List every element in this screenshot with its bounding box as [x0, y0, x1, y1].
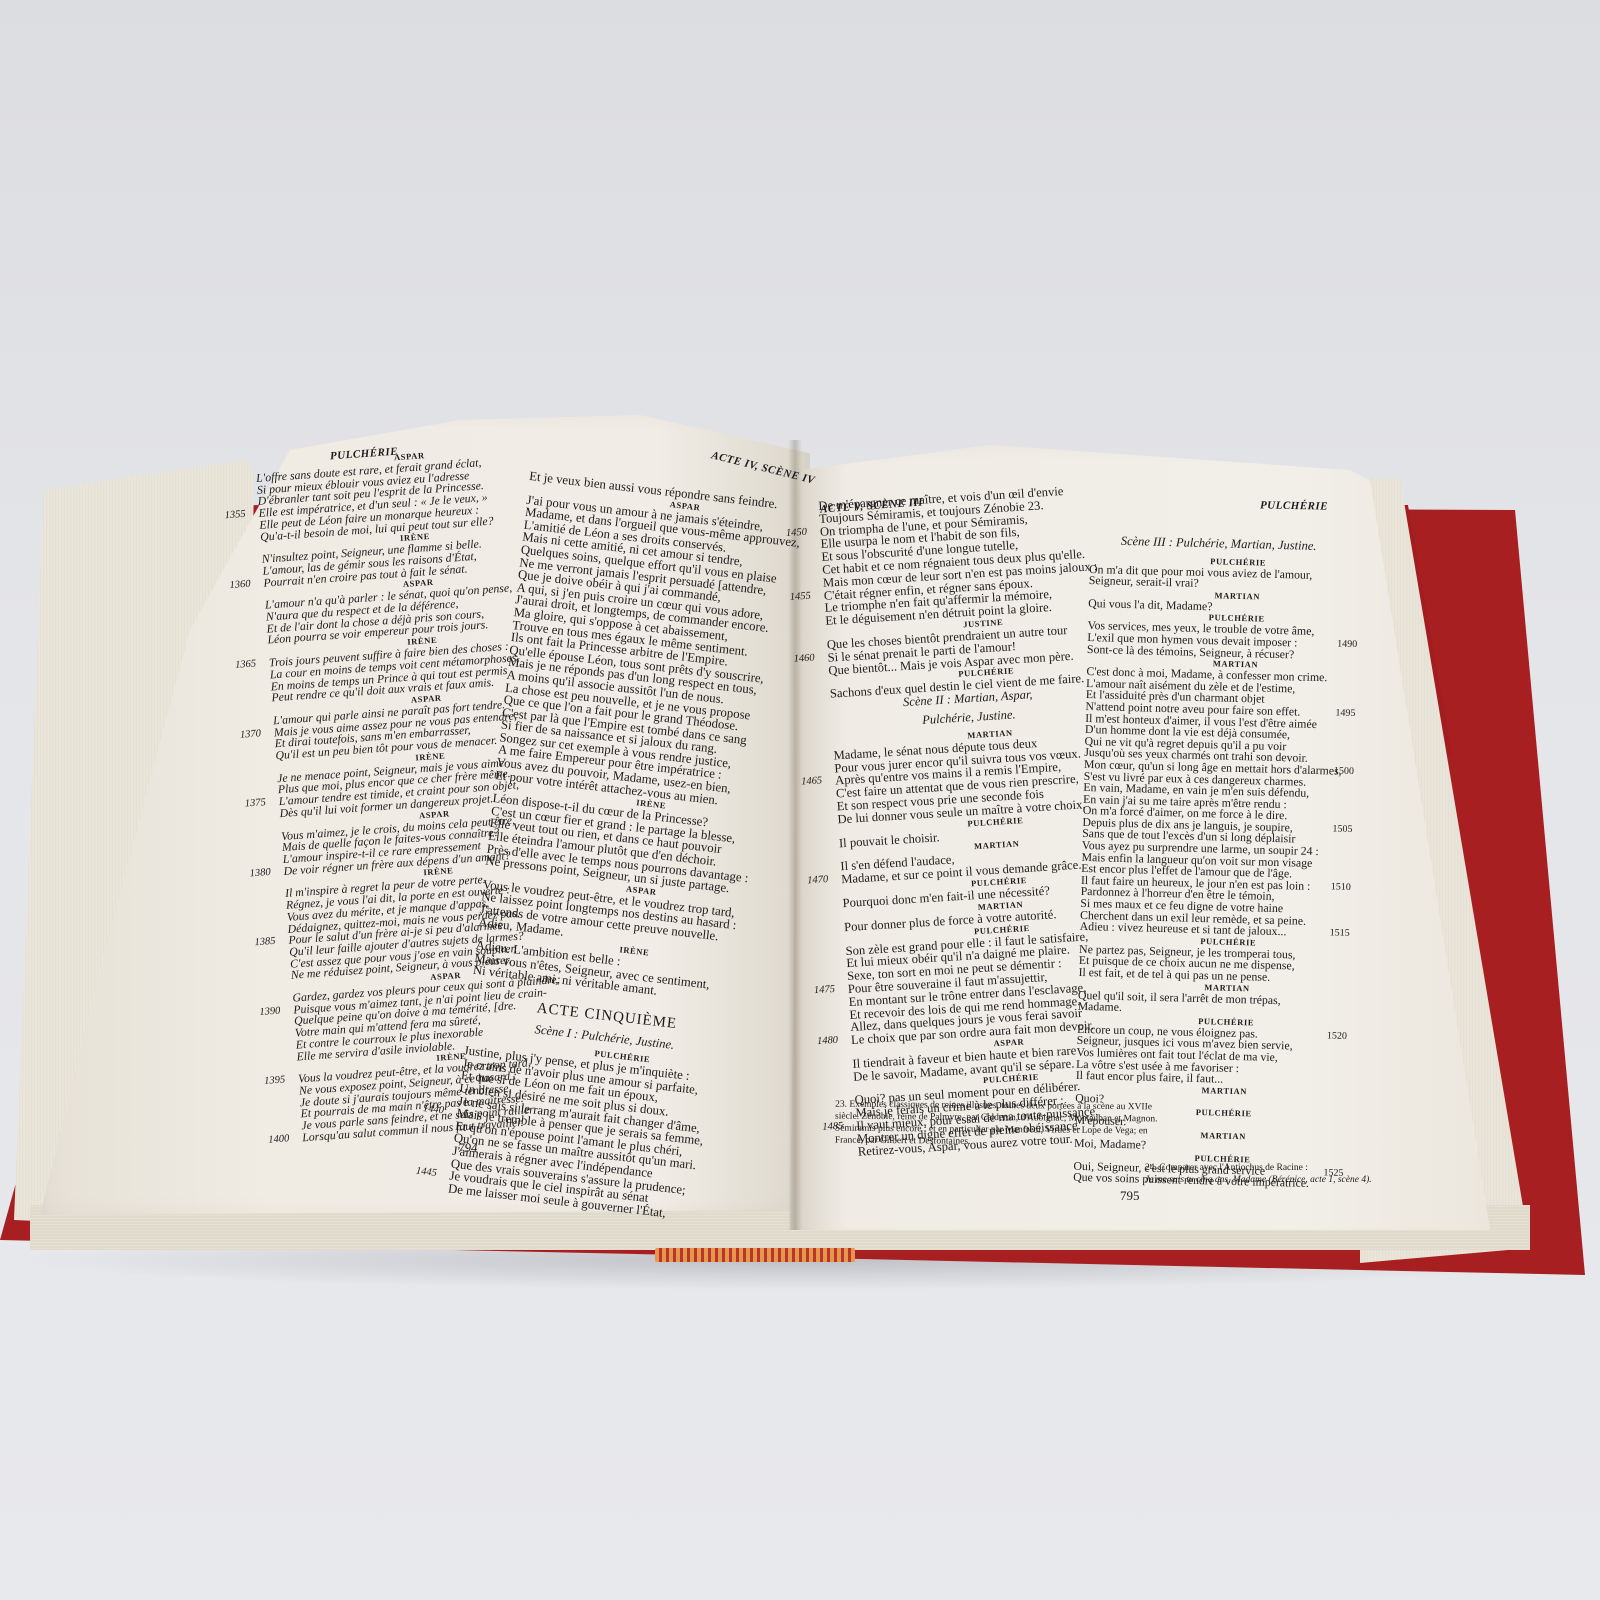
footnote-24-line1: 24. Comparer avec l'Antiochus de Racine …	[1145, 1162, 1445, 1174]
line-number: 1450	[786, 526, 808, 540]
spine-headband	[655, 1248, 855, 1262]
line-number: 1380	[249, 867, 271, 880]
right-page-column-2: Scène III : Pulchérie, Martian, Justine.…	[1073, 535, 1348, 1190]
line-number: 1495	[1335, 707, 1355, 719]
line-number: 1385	[254, 936, 276, 949]
line-number: 1510	[1331, 881, 1351, 893]
scene-title: Scène III : Pulchérie, Martian, Justine.	[1090, 535, 1348, 553]
line-number: 1460	[793, 652, 815, 666]
footnote-24: 24. Comparer avec l'Antiochus de Racine …	[1145, 1162, 1445, 1186]
line-number: 1465	[801, 776, 823, 790]
line-number: 1440	[422, 1103, 444, 1118]
line-number: 1475	[814, 984, 836, 998]
line-number: 1505	[1332, 823, 1352, 835]
line-number: 1355	[224, 509, 246, 522]
line-number: 1455	[790, 590, 812, 604]
line-number: 1500	[1334, 765, 1354, 777]
line-number: 1360	[229, 578, 251, 591]
line-number: 1395	[264, 1075, 286, 1088]
line-number: 1520	[1327, 1030, 1347, 1042]
line-number: 1470	[807, 874, 829, 888]
line-number: 1445	[415, 1166, 437, 1181]
line-number: 1400	[268, 1133, 290, 1146]
line-number: 1480	[817, 1035, 839, 1049]
right-running-head-right: PULCHÉRIE	[1260, 499, 1328, 512]
right-page-number: 795	[1120, 1188, 1140, 1204]
line-number: 1375	[244, 797, 266, 810]
line-number: 1370	[240, 728, 262, 741]
line-number: 1365	[235, 659, 257, 672]
footnote-24-line2: Je me suis tu cinq ans, Madame (Bérénice…	[1145, 1174, 1445, 1186]
left-page-number: 794	[458, 1140, 478, 1156]
line-number: 1390	[259, 1005, 281, 1018]
line-number: 1490	[1337, 638, 1357, 650]
line-number: 1515	[1330, 928, 1350, 940]
